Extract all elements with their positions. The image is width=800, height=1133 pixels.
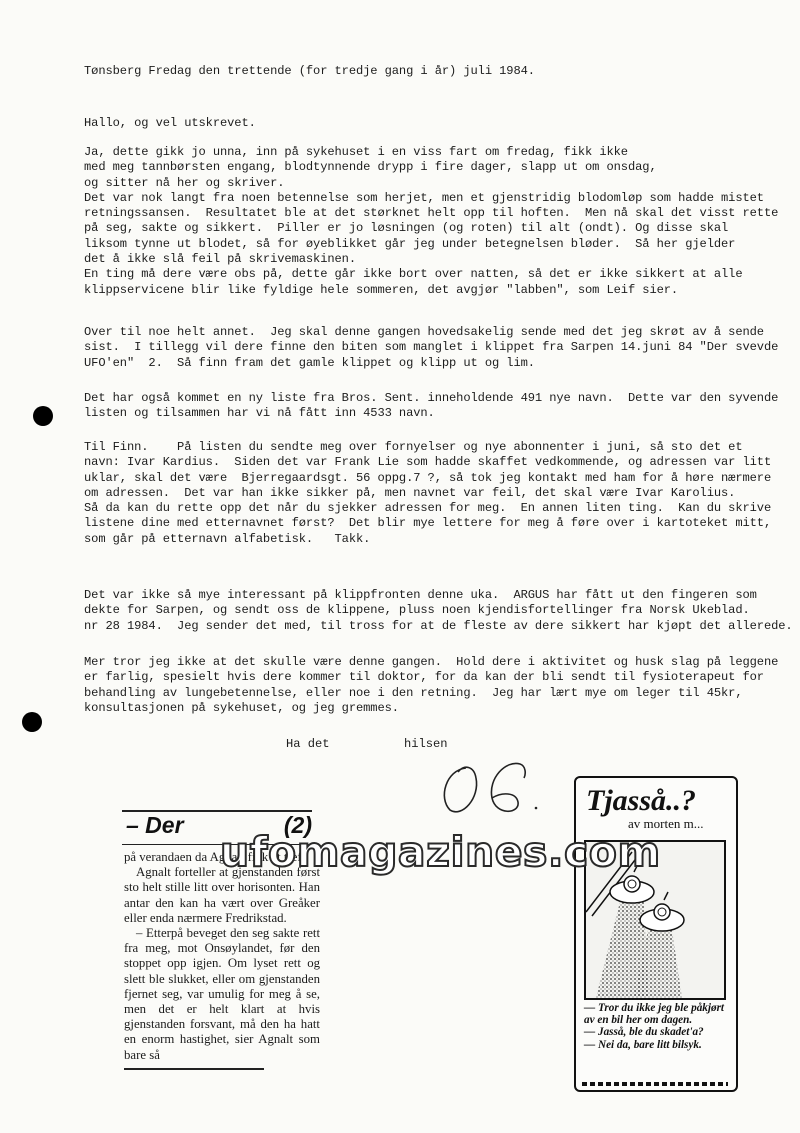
cartoon-title: Tjasså..? [586, 784, 696, 818]
clipping-bottom-rule [124, 1068, 264, 1070]
cartoon-caption: — Tror du ikke jeg ble påkjørt av en bil… [584, 1002, 726, 1051]
paragraph-hospital: Ja, dette gikk jo unna, inn på sykehuset… [84, 145, 744, 298]
clipping-body: på verandaen da Agnalt fikk et treff. Ag… [124, 850, 320, 1063]
typed-line: liksom tynne ut blodet, så for øyeblikke… [84, 237, 744, 252]
caption-line: — Jasså, ble du skadet'a? [584, 1026, 726, 1038]
typed-line: på seg, sakte og sikkert. Piller er jo l… [84, 221, 744, 236]
typed-line: navn: Ivar Kardius. Siden det var Frank … [84, 455, 744, 470]
dateline: Tønsberg Fredag den trettende (for tredj… [84, 64, 744, 79]
paragraph-clippings: Over til noe helt annet. Jeg skal denne … [84, 325, 744, 371]
typed-line: UFO'en" 2. Så finn fram det gamle klippe… [84, 356, 744, 371]
typed-line: listen og tilsammen har vi nå fått inn 4… [84, 406, 744, 421]
caption-line: — Nei da, bare litt bilsyk. [584, 1039, 726, 1051]
typed-line: En ting må dere være obs på, dette går i… [84, 267, 744, 282]
greeting: Hallo, og vel utskrevet. [84, 116, 744, 131]
typed-line: Mer tror jeg ikke at det skulle være den… [84, 655, 744, 670]
typed-line: behandling av lungebetennelse, eller noe… [84, 686, 744, 701]
punch-hole-upper [33, 406, 53, 426]
typed-line: Til Finn. På listen du sendte meg over f… [84, 440, 744, 455]
closing-ha-det: Ha det [286, 737, 330, 751]
typed-line: som går på etternavn alfabetisk. Takk. [84, 532, 744, 547]
punch-hole-lower [22, 712, 42, 732]
watermark: ufomagazines.com [220, 828, 661, 876]
typed-line: om adressen. Det var han ikke sikker på,… [84, 486, 744, 501]
paragraph-to-finn: Til Finn. På listen du sendte meg over f… [84, 440, 744, 547]
typed-line: Ja, dette gikk jo unna, inn på sykehuset… [84, 145, 744, 160]
typed-line: Det var ikke så mye interessant på klipp… [84, 588, 744, 603]
handwritten-signature [436, 758, 546, 818]
typed-line: Over til noe helt annet. Jeg skal denne … [84, 325, 744, 340]
typed-line: konsultasjonen på sykehuset, og jeg grem… [84, 701, 744, 716]
cartoon-clipping: Tjasså..? av morten m... — Tror du ikke … [574, 776, 738, 1092]
typed-line: det å ikke slå feil på skrivemaskinen. [84, 252, 744, 267]
clipping-headline-text: – Der [126, 812, 184, 839]
typed-line: dekte for Sarpen, og sendt oss de klippe… [84, 603, 744, 618]
closing-hilsen: hilsen [404, 737, 448, 751]
paragraph-closing: Mer tror jeg ikke at det skulle være den… [84, 655, 744, 716]
typed-line: uklar, skal det være Bjerregaardsgt. 56 … [84, 471, 744, 486]
typed-line: Det har også kommet en ny liste fra Bros… [84, 391, 744, 406]
typed-line: nr 28 1984. Jeg sender det med, til tros… [84, 619, 744, 634]
typed-line: retningssansen. Resultatet ble at det st… [84, 206, 744, 221]
paragraph-argus: Det var ikke så mye interessant på klipp… [84, 588, 744, 634]
typed-line: listene dine med etternavnet først? Det … [84, 516, 744, 531]
typed-line: Så da kan du rette opp det når du sjekke… [84, 501, 744, 516]
paragraph-new-list: Det har også kommet en ny liste fra Bros… [84, 391, 744, 422]
caption-line: — Tror du ikke jeg ble påkjørt av en bil… [584, 1002, 726, 1026]
typed-line: klippservicene blir like fyldige hele so… [84, 283, 744, 298]
typed-line: er farlig, spesielt hvis dere kommer til… [84, 670, 744, 685]
clipping-line: – Etterpå beveget den seg sakte rett fra… [124, 926, 320, 1063]
typed-line: med meg tannbørsten engang, blodtynnende… [84, 160, 744, 175]
typed-line: sist. I tillegg vil dere finne den biten… [84, 340, 744, 355]
typed-line: og sitter nå her og skriver. [84, 176, 744, 191]
cartoon-border-dots [582, 1082, 728, 1086]
typed-line: Det var nok langt fra noen betennelse so… [84, 191, 744, 206]
